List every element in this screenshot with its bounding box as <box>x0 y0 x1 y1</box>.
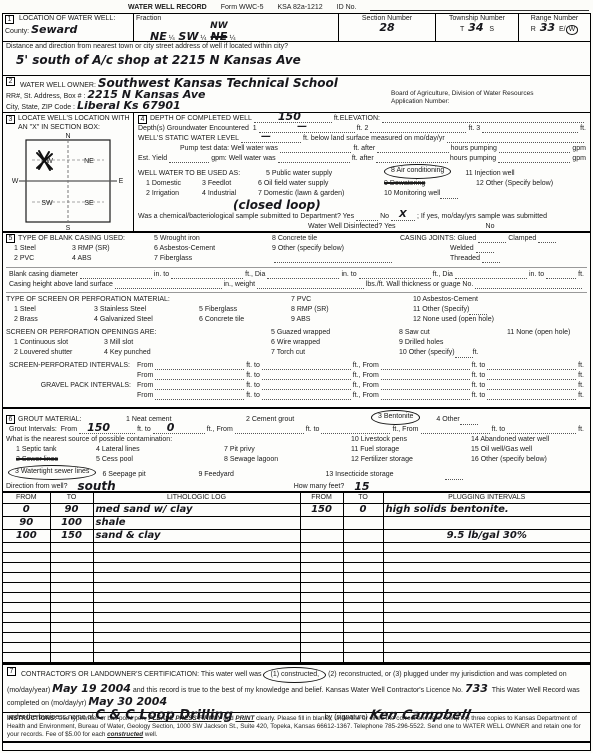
blank <box>487 362 576 370</box>
id-label: ID No. <box>337 4 357 11</box>
gw-3-blank <box>482 125 578 133</box>
application-number-label: Application Number: <box>391 98 450 105</box>
lithologic-log-table: FROM TO LITHOLOGIC LOG FROM TO PLUGGING … <box>3 493 590 663</box>
log-cell-empty <box>300 622 343 632</box>
log-row-empty <box>3 542 590 552</box>
to-value: 100 <box>61 517 82 528</box>
log-cell-empty <box>50 612 93 622</box>
contamination-row-3: 3 Watertight sewer lines 6 Seepage pit 9… <box>6 465 587 480</box>
contam-option-9: 9 Feedyard <box>198 470 325 480</box>
contam-other-blank <box>445 472 463 480</box>
casing-header-row-2: 1 Steel 3 RMP (SR) 6 Asbestos-Cement 9 O… <box>6 244 587 254</box>
openings-title: SCREEN OR PERFORATION OPENINGS ARE: <box>6 328 271 338</box>
gpm-colon-label: gpm: <box>211 154 227 164</box>
diam-blank-4 <box>359 271 431 279</box>
log-cell-empty <box>383 582 590 592</box>
log-cell-empty <box>3 612 50 622</box>
log-cell-empty <box>300 582 343 592</box>
sample-question-line: Was a chemical/bacteriological sample su… <box>138 212 586 222</box>
county-label: County: <box>5 28 29 35</box>
log-cell-empty <box>383 542 590 552</box>
blank <box>381 372 470 380</box>
use-option-6: 6 Oil field water supply <box>258 179 384 189</box>
welded-line: Welded <box>400 244 496 254</box>
static-level-dash: — <box>261 132 271 142</box>
pump-test-label: Pump test data: <box>180 144 229 154</box>
form-body: 1 LOCATION OF WATER WELL: County: Seward… <box>2 13 591 751</box>
disinfected-no-label: No <box>486 222 495 232</box>
static-level-date-blank <box>447 135 584 143</box>
closed-loop-note: (closed loop) <box>233 198 321 212</box>
log-cell-empty <box>3 602 50 612</box>
ft-to-label: ft. to <box>472 361 486 371</box>
ft-unit: ft. <box>578 270 584 280</box>
signature-label: by (signature) <box>325 714 368 721</box>
record-date-value: May 30 2004 <box>88 695 167 708</box>
yield-hours-blank <box>376 155 448 163</box>
section-3-title-line2: AN "X" IN SECTION BOX: <box>6 124 100 131</box>
log-cell-empty <box>3 542 50 552</box>
log-cell-empty <box>300 602 343 612</box>
distance-direction-field: Distance and direction from nearest town… <box>3 42 590 76</box>
log-cell-empty <box>383 642 590 652</box>
ft-from-label: ft., From <box>207 425 233 435</box>
contamination-row-2: 2 Sewer lines 5 Cess pool 8 Sewage lagoo… <box>6 455 587 465</box>
blank <box>487 382 576 390</box>
log-row-1: 0 90 med sand w/ clay 150 0 high solids … <box>3 503 590 516</box>
ft-from-label: ft., From <box>353 391 379 401</box>
openings-row-3: 2 Louvered shutter 4 Key punched 7 Torch… <box>6 348 587 358</box>
blank <box>381 382 470 390</box>
blank <box>155 372 244 380</box>
business-name-value: C & C Loop Drilling <box>95 708 233 723</box>
sw-quadrant-label: SW <box>41 200 53 207</box>
range-field: Range Number R 33 E/W <box>518 14 590 41</box>
threaded-line: Threaded <box>400 254 502 264</box>
ft-dia-label: ft., Dia <box>433 270 453 280</box>
col-lithologic-log: LITHOLOGIC LOG <box>93 493 300 503</box>
plugging-value: 9.5 lb/gal 30% <box>447 530 527 541</box>
log-cell-empty <box>50 572 93 582</box>
col-plugging-intervals: PLUGGING INTERVALS <box>383 493 590 503</box>
ft-to-label: ft. to <box>472 381 486 391</box>
log-cell-empty <box>343 612 383 622</box>
range-prefix: R <box>531 26 536 33</box>
openings-row-1: SCREEN OR PERFORATION OPENINGS ARE: 5 Gu… <box>6 328 587 338</box>
contam-option-2-struck: 2 Sewer lines <box>6 455 96 465</box>
range-value: 33 <box>540 21 555 34</box>
blank <box>421 426 490 434</box>
log-cell-empty <box>3 622 50 632</box>
log-row-empty <box>3 562 590 572</box>
address-label: RR#, St. Address, Box # <box>6 93 81 100</box>
screen-material-row-2: 1 Steel 3 Stainless Steel 5 Fiberglass 8… <box>6 305 587 315</box>
casing-option-7: 7 Fiberglass <box>154 254 272 264</box>
water-well-record-form: WATER WELL RECORD Form WWC-5 KSA 82a-121… <box>0 0 593 753</box>
yield-gpm-blank <box>498 155 570 163</box>
section-4-well-data: 4 DEPTH OF COMPLETED WELL 150 ft. ELEVAT… <box>133 113 590 231</box>
log-cell-empty <box>343 582 383 592</box>
direction-value: south <box>77 480 115 492</box>
log-cell-empty <box>50 632 93 642</box>
in-to-label: in. to <box>154 270 169 280</box>
opening-other-blank <box>455 350 473 358</box>
county-field: 1 LOCATION OF WATER WELL: County: Seward <box>3 14 133 41</box>
weight-blank <box>257 281 364 289</box>
quarter-glyph: ¼ <box>230 35 236 42</box>
board-text: Board of Agriculture, Division of Water … <box>391 90 533 97</box>
log-cell-empty <box>343 562 383 572</box>
ft-to-label: ft. to <box>246 361 260 371</box>
ft-unit: ft. <box>578 425 584 435</box>
instructions-constructed: constructed <box>107 731 143 738</box>
log-cell-empty <box>300 612 343 622</box>
form-number: Form WWC-5 <box>221 4 264 11</box>
depth-blank: 150 <box>254 115 332 123</box>
log-cell-empty <box>50 642 93 652</box>
contam-option-10: 10 Livestock pens <box>351 435 471 445</box>
grout-intervals-label: Grout Intervals: <box>9 425 57 435</box>
log-cell-empty <box>300 572 343 582</box>
ft-from-label: ft., From <box>392 425 418 435</box>
material-option-3: 3 Stainless Steel <box>94 305 199 315</box>
log-cell-empty <box>93 592 300 602</box>
contam-option-4: 4 Lateral lines <box>96 445 224 455</box>
from-label: From <box>137 391 153 401</box>
ft-from-label: ft., From <box>353 371 379 381</box>
screen-material-row-3: 2 Brass 4 Galvanized Steel 6 Concrete ti… <box>6 315 587 325</box>
pump-depth-blank <box>280 145 351 153</box>
material-option-4: 4 Galvanized Steel <box>94 315 199 325</box>
table-header-row: FROM TO LITHOLOGIC LOG FROM TO PLUGGING … <box>3 493 590 503</box>
from-value: 0 <box>23 504 30 515</box>
sample-no-x-mark: X <box>399 210 407 220</box>
certification-text-3: and this record is true to the best of m… <box>133 687 463 694</box>
casing-diameter-label: Blank casing diameter <box>9 270 78 280</box>
ft-unit: ft. <box>473 348 479 358</box>
city-state-zip-value: Liberal Ks 67901 <box>77 99 181 112</box>
grout-from-blank: 150 <box>79 426 135 434</box>
log-cell-empty <box>343 542 383 552</box>
use-option-1: 1 Domestic <box>138 179 202 189</box>
direction-label: Direction from well? <box>6 482 67 492</box>
completed-date-value: May 19 2004 <box>52 682 131 695</box>
log-cell-empty <box>3 592 50 602</box>
log-row-empty <box>3 552 590 562</box>
blank <box>487 372 576 380</box>
diam-blank-3 <box>267 271 339 279</box>
certification-text-1: CONTRACTOR'S OR LANDOWNER'S CERTIFICATIO… <box>21 671 262 678</box>
grout-to-blank: 0 <box>153 426 205 434</box>
log-cell-empty <box>383 572 590 582</box>
pump-gpm-blank <box>499 145 570 153</box>
ft-unit: ft. <box>578 381 584 391</box>
material-option-5: 5 Fiberglass <box>199 305 291 315</box>
how-many-feet-value: 15 <box>354 481 369 492</box>
material-option-6: 6 Concrete tile <box>199 315 291 325</box>
contam-option-8: 8 Sewage lagoon <box>224 455 351 465</box>
blank <box>235 426 304 434</box>
use-option-5: 5 Public water supply <box>266 169 384 179</box>
log-cell-empty <box>383 602 590 612</box>
casing-height-label: Casing height above land surface <box>9 280 113 290</box>
log-row-empty <box>3 592 590 602</box>
log-row-empty <box>3 642 590 652</box>
log-cell-empty <box>343 572 383 582</box>
groundwater-line: Depth(s) Groundwater Encountered 1 — ft.… <box>138 124 586 134</box>
material-option-2: 2 Brass <box>6 315 94 325</box>
ft-to-label: ft. to <box>306 425 320 435</box>
ft-to-label: ft. to <box>472 371 486 381</box>
screen-interval-line-1: SCREEN-PERFORATED INTERVALS: From ft. to… <box>6 361 587 371</box>
static-level-label: WELL'S STATIC WATER LEVEL <box>138 134 239 144</box>
static-level-suffix: ft. below land surface measured on mo/da… <box>303 134 445 144</box>
instructions-text-4: well. <box>145 731 158 738</box>
log-cell-empty <box>50 592 93 602</box>
use-options-row-3: 2 Irrigation 4 Industrial 7 Domestic (la… <box>138 189 586 199</box>
ft-after-label: ft. after <box>353 144 375 154</box>
log-cell-empty <box>300 552 343 562</box>
col-from-left: FROM <box>3 493 50 503</box>
col-to-left: TO <box>50 493 93 503</box>
log-cell-empty <box>93 562 300 572</box>
log-cell-empty <box>50 542 93 552</box>
log-cell-empty <box>383 612 590 622</box>
log-cell-empty <box>383 552 590 562</box>
grout-intervals-line: Grout Intervals: From 150 ft. to 0 ft., … <box>6 425 587 435</box>
license-number-value: 733 <box>465 682 488 695</box>
gpm-unit: gpm <box>572 144 586 154</box>
section-box-diagram: N S W E NW NE SW SE <box>12 131 124 231</box>
elevation-label: ELEVATION: <box>340 114 380 124</box>
casing-option-6: 6 Asbestos-Cement <box>154 244 272 254</box>
ft-from-label: ft., From <box>353 381 379 391</box>
diam-blank-2 <box>171 271 243 279</box>
from-label: From <box>137 371 153 381</box>
lithology-value: sand & clay <box>96 530 161 541</box>
log-cell-empty <box>300 642 343 652</box>
ft-unit: ft. <box>578 361 584 371</box>
contam-option-7: 7 Pit privy <box>224 445 351 455</box>
opening-option-11: 11 None (open hole) <box>507 328 570 338</box>
est-yield-line: Est. Yield gpm: Well water was ft. after… <box>138 154 586 164</box>
log-cell-empty <box>93 582 300 592</box>
material-option-10: 10 Asbestos-Cement <box>413 295 478 305</box>
use-option-12: 12 Other (Specify below) <box>476 179 553 189</box>
fraction-field: Fraction NE ¼ SW ¼ NW NE ¼ <box>133 14 338 41</box>
casing-diameter-line: Blank casing diameter in. to ft., Dia in… <box>6 267 587 280</box>
casing-header-row-3: 2 PVC 4 ABS 7 Fiberglass Threaded <box>6 254 587 264</box>
contam-option-14: 14 Abandoned water well <box>471 435 549 445</box>
log-cell-empty <box>300 542 343 552</box>
use-options-row-2: 1 Domestic 3 Feedlot 6 Oil field water s… <box>138 179 586 189</box>
sample-question-2: ; If yes, mo/day/yrs sample was submitte… <box>417 212 547 222</box>
section-1-title: LOCATION OF WATER WELL: <box>19 15 115 22</box>
from-label: From <box>137 361 153 371</box>
pump-hours-blank <box>377 145 448 153</box>
ft-from-label: ft., From <box>353 361 379 371</box>
range-east-option: E/ <box>559 26 566 33</box>
material-option-9: 9 ABS <box>291 315 413 325</box>
blank <box>321 426 390 434</box>
section-7-number: 7 <box>7 667 16 676</box>
from-label: From <box>137 381 153 391</box>
ft-unit: ft. <box>578 391 584 401</box>
log-row-empty <box>3 652 590 662</box>
glued-blank <box>478 235 506 243</box>
log-cell-empty <box>50 562 93 572</box>
hours-pumping-label: hours pumping <box>450 154 496 164</box>
sample-no-label: No <box>380 212 389 222</box>
section-7-certification: 7 CONTRACTOR'S OR LANDOWNER'S CERTIFICAT… <box>3 663 590 713</box>
material-other-blank <box>469 307 487 315</box>
contam-option-13: 13 Insecticide storage <box>325 470 445 480</box>
log-cell-empty <box>93 632 300 642</box>
log-cell-empty <box>93 572 300 582</box>
log-cell-empty <box>343 592 383 602</box>
section-4-number: 4 <box>138 115 147 124</box>
diam-blank-5 <box>455 271 527 279</box>
log-cell-empty <box>300 562 343 572</box>
welded-blank <box>476 245 494 253</box>
grout-option-3-circled: 3 Bentonite <box>371 410 420 425</box>
how-many-feet-label: How many feet? <box>294 482 345 492</box>
log-cell-empty <box>93 612 300 622</box>
blank <box>155 382 244 390</box>
gw-1-blank: — <box>259 125 355 133</box>
well-water-was-label: Well water was <box>231 144 278 154</box>
opening-option-1: 1 Continuous slot <box>6 338 104 348</box>
township-suffix: S <box>489 26 494 33</box>
lithology-value: shale <box>96 517 126 528</box>
material-option-12: 12 None used (open hole) <box>413 315 494 325</box>
opening-option-5: 5 Guazed wrapped <box>271 328 399 338</box>
gauge-blank <box>475 281 582 289</box>
blank <box>155 362 244 370</box>
col-from-right: FROM <box>300 493 343 503</box>
grout-option-4: 4 Other <box>436 415 459 425</box>
blank <box>262 382 351 390</box>
ft-to-label: ft. to <box>137 425 151 435</box>
log-row-empty <box>3 632 590 642</box>
log-cell-empty <box>343 552 383 562</box>
material-option-11: 11 Other (Specify) <box>413 305 469 315</box>
contam-option-16: 16 Other (specify below) <box>471 455 547 465</box>
contamination-question: What is the nearest source of possible c… <box>6 435 351 445</box>
from-value: 90 <box>19 517 33 528</box>
blank <box>381 392 470 400</box>
use-option-3: 3 Feedlot <box>202 179 258 189</box>
section-6-number: 6 <box>6 415 15 424</box>
log-row-empty <box>3 602 590 612</box>
openings-row-2: 1 Continuous slot 3 Mill slot 6 Wire wra… <box>6 338 587 348</box>
section-3-4-row: 3LOCATE WELL'S LOCATION WITH AN "X" IN S… <box>3 113 590 233</box>
ft-to-label: ft. to <box>246 381 260 391</box>
log-cell-empty <box>343 642 383 652</box>
blank <box>262 372 351 380</box>
blank <box>262 362 351 370</box>
blank <box>507 426 576 434</box>
diam-blank-6 <box>546 271 576 279</box>
depth-label: DEPTH OF COMPLETED WELL <box>150 114 252 124</box>
signature-value: Ken Campbell <box>368 709 471 722</box>
use-option-8-circled: 8 Air conditioning <box>384 164 451 179</box>
groundwater-label: Depth(s) Groundwater Encountered <box>138 124 249 134</box>
fraction-label: Fraction <box>136 15 161 22</box>
gw-2-blank <box>370 125 466 133</box>
from-value: 100 <box>16 530 37 541</box>
gw-1-label: 1 <box>253 124 257 134</box>
material-option-7: 7 PVC <box>291 295 413 305</box>
threaded-label: Threaded <box>450 254 480 264</box>
log-row-empty <box>3 582 590 592</box>
casing-option-8: 8 Concrete tile <box>272 234 400 244</box>
blank <box>381 362 470 370</box>
log-cell-empty <box>50 652 93 662</box>
use-option-9-struck: 9 Dewatering <box>384 179 476 189</box>
business-name-label: under the business name of <box>7 714 93 721</box>
township-prefix: T <box>460 26 464 33</box>
compass-south-label: S <box>66 225 71 231</box>
log-cell-empty <box>3 562 50 572</box>
weight-label: in., weight <box>224 280 256 290</box>
material-option-8: 8 RMP (SR) <box>291 305 413 315</box>
casing-other-blank <box>274 255 392 263</box>
plug-to-value: 0 <box>360 504 367 515</box>
quarter-glyph: ¼ <box>169 35 175 42</box>
log-cell-empty <box>3 652 50 662</box>
distance-question: Distance and direction from nearest town… <box>6 43 288 50</box>
to-value: 90 <box>65 504 79 515</box>
casing-joints-label: CASING JOINTS: Glued <box>400 234 476 244</box>
sample-no-blank: X <box>391 213 415 221</box>
section-1-number: 1 <box>5 15 14 24</box>
casing-option-1: 1 Steel <box>6 244 72 254</box>
static-water-level-line: WELL'S STATIC WATER LEVEL — ft. below la… <box>138 134 586 144</box>
log-row-empty <box>3 622 590 632</box>
opening-option-8: 8 Saw cut <box>399 328 507 338</box>
section-2-owner: Board of Agriculture, Division of Water … <box>3 76 590 113</box>
contam-option-11: 11 Fuel storage <box>351 445 471 455</box>
ft-to-label: ft. to <box>492 425 506 435</box>
opening-option-7: 7 Torch cut <box>271 348 399 358</box>
township-field: Township Number T 34 S <box>435 14 518 41</box>
distance-answer: 5' south of A/c shop at 2215 N Kansas Av… <box>6 50 301 66</box>
contam-option-12: 12 Fertilizer storage <box>351 455 471 465</box>
gpm-unit: gpm <box>572 154 586 164</box>
section-5-number: 5 <box>6 234 15 243</box>
log-cell-empty <box>3 582 50 592</box>
township-value: 34 <box>468 21 483 34</box>
plugging-value: high solids bentonite. <box>386 504 509 515</box>
clamped-blank <box>538 235 556 243</box>
blank <box>487 392 576 400</box>
closed-loop-note-line: (closed loop) <box>138 199 586 212</box>
ft-dia-label: ft., Dia <box>245 270 265 280</box>
in-to-label: in. to <box>341 270 356 280</box>
constructed-option-circled: (1) constructed, <box>263 667 326 683</box>
ft-to-label: ft. to <box>246 371 260 381</box>
log-row-empty <box>3 612 590 622</box>
log-cell-empty <box>300 592 343 602</box>
section-5-casing-screen: 5TYPE OF BLANK CASING USED: 5 Wrought ir… <box>3 233 590 409</box>
log-cell-empty <box>50 622 93 632</box>
log-cell-empty <box>3 552 50 562</box>
gw-3-label: ft. 3 <box>468 124 480 134</box>
material-option-1: 1 Steel <box>6 305 94 315</box>
use-label: WELL WATER TO BE USED AS: <box>138 169 266 179</box>
screen-intervals-label: SCREEN-PERFORATED INTERVALS: <box>9 361 137 371</box>
